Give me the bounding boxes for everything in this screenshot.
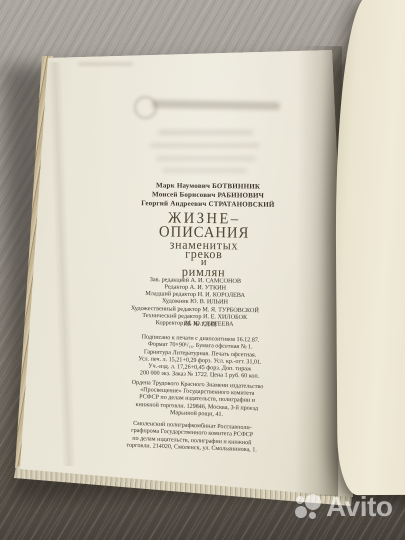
avito-watermark: Avito: [295, 493, 392, 521]
print-specs-block: Подписано к печати с диапозитивов 16.12.…: [124, 334, 275, 382]
page-curl-shadow: [294, 46, 342, 496]
printing-house-block: Смоленский полиграфкомбинат Росглавполи-…: [115, 420, 270, 455]
book-title: ЖИЗНЕ– ОПИСАНИЯ знаменитых греков и римл…: [123, 210, 285, 277]
avito-wordmark: Avito: [326, 493, 392, 521]
show-through-smudge: [162, 168, 247, 173]
avito-logo-icon: [295, 494, 322, 520]
page-curl: [334, 0, 405, 495]
show-through-smudge: [158, 130, 253, 135]
book-photo: Марк Наумович БОТВИННИК Моисей Борисович…: [0, 0, 405, 540]
show-through-smudge: [150, 143, 260, 148]
show-through-smudge: [78, 62, 133, 66]
publisher-block: Ордена Трудового Красного Знамени издате…: [120, 379, 273, 420]
show-through-smudge: [156, 156, 256, 161]
authors-block: Марк Наумович БОТВИННИК Моисей Борисович…: [108, 181, 308, 211]
